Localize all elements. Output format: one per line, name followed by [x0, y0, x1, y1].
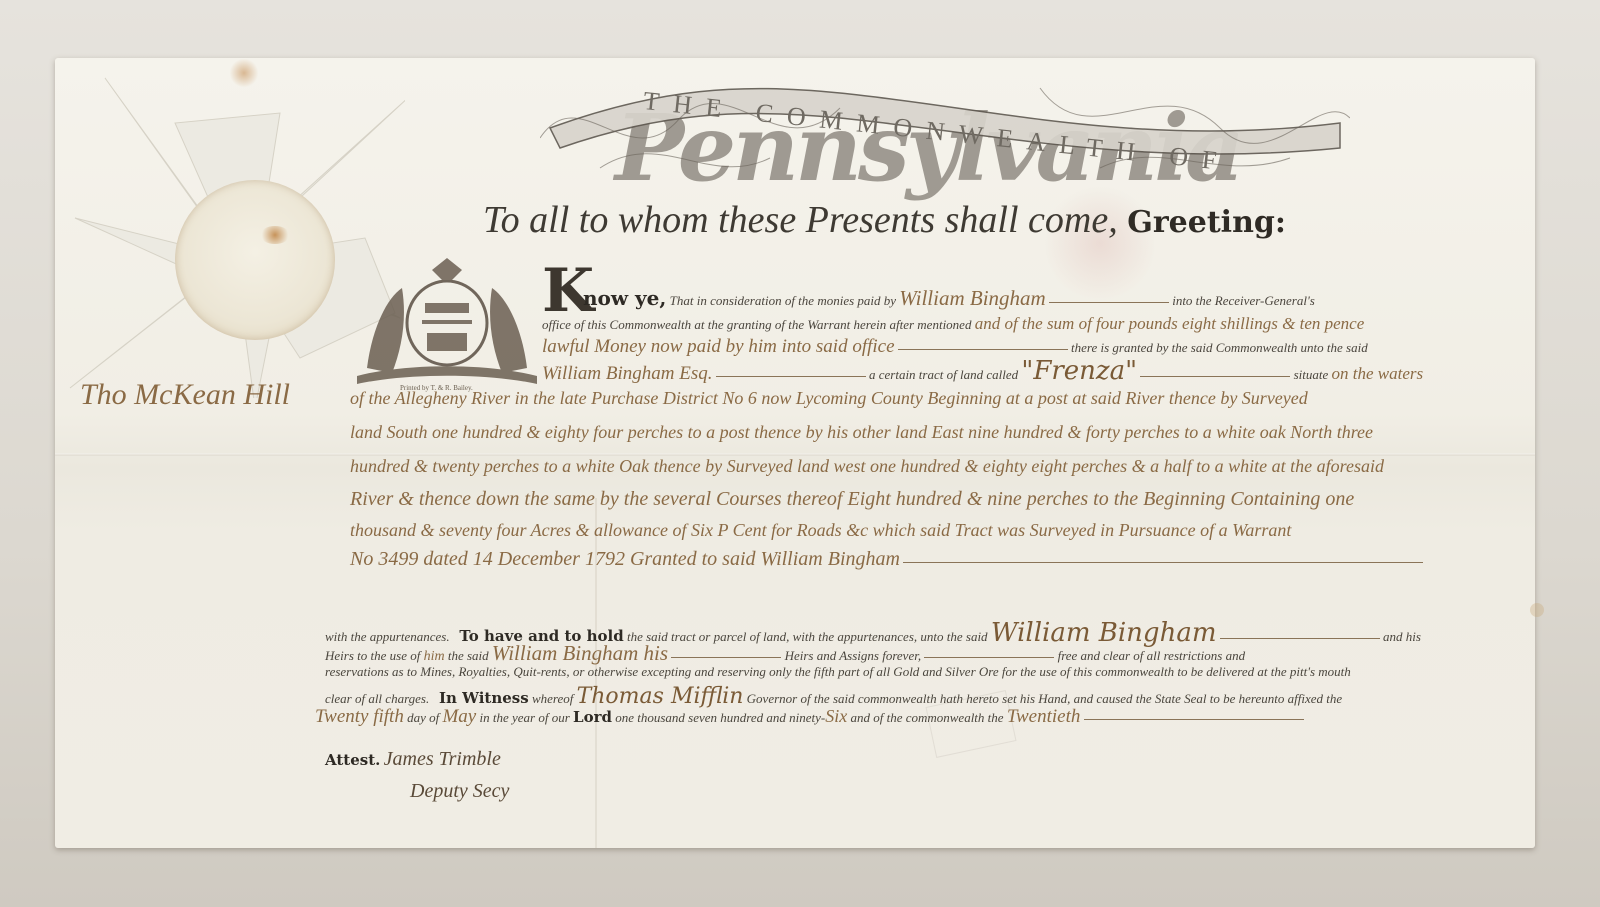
body-line-4: William Bingham Esq. a certain tract of … — [542, 356, 1423, 386]
body-line-3: lawful Money now paid by him into said o… — [542, 336, 1368, 358]
greeting-text: To all to whom these Presents shall come… — [483, 199, 1118, 241]
rust-stain — [260, 226, 290, 244]
habendum-line-2: Heirs to the use of him the said William… — [325, 641, 1245, 666]
tract-name: "Frenza" — [1021, 356, 1137, 386]
body-line-9: thousand & seventy four Acres & allowanc… — [350, 520, 1291, 541]
attest-title: Deputy Secy — [410, 780, 509, 803]
left-margin-signature: Tho McKean Hill — [80, 378, 290, 412]
habendum-line-5: Twenty fifth day of May in the year of o… — [315, 706, 1304, 728]
attest-label: Attest. — [325, 751, 380, 769]
habendum-line-3: reservations as to Mines, Royalties, Qui… — [325, 664, 1351, 680]
body-line-10: No 3499 dated 14 December 1792 Granted t… — [350, 548, 1423, 571]
embossed-seal — [175, 180, 335, 340]
attest-signature: James Trimble — [384, 748, 501, 770]
body-line-5: of the Allegheny River in the late Purch… — [350, 388, 1308, 409]
attest-block: Attest. James Trimble — [325, 748, 501, 771]
greeting-line: To all to whom these Presents shall come… — [483, 198, 1286, 242]
margin-stain — [1530, 603, 1544, 617]
payer-name: William Bingham — [899, 286, 1045, 310]
greeting-bold: Greeting: — [1127, 205, 1286, 240]
body-line-6: land South one hundred & eighty four per… — [350, 422, 1373, 443]
coat-of-arms-icon — [347, 258, 547, 388]
body-line-7: hundred & twenty perches to a white Oak … — [350, 456, 1384, 477]
body-line-1: now ye, That in consideration of the mon… — [583, 286, 1315, 311]
body-line-2: office of this Commonwealth at the grant… — [542, 314, 1364, 334]
land-patent-document: Tho McKean Hill Pennsylvania THE COMMONW… — [55, 58, 1535, 848]
body-line-8: River & thence down the same by the seve… — [350, 488, 1354, 511]
